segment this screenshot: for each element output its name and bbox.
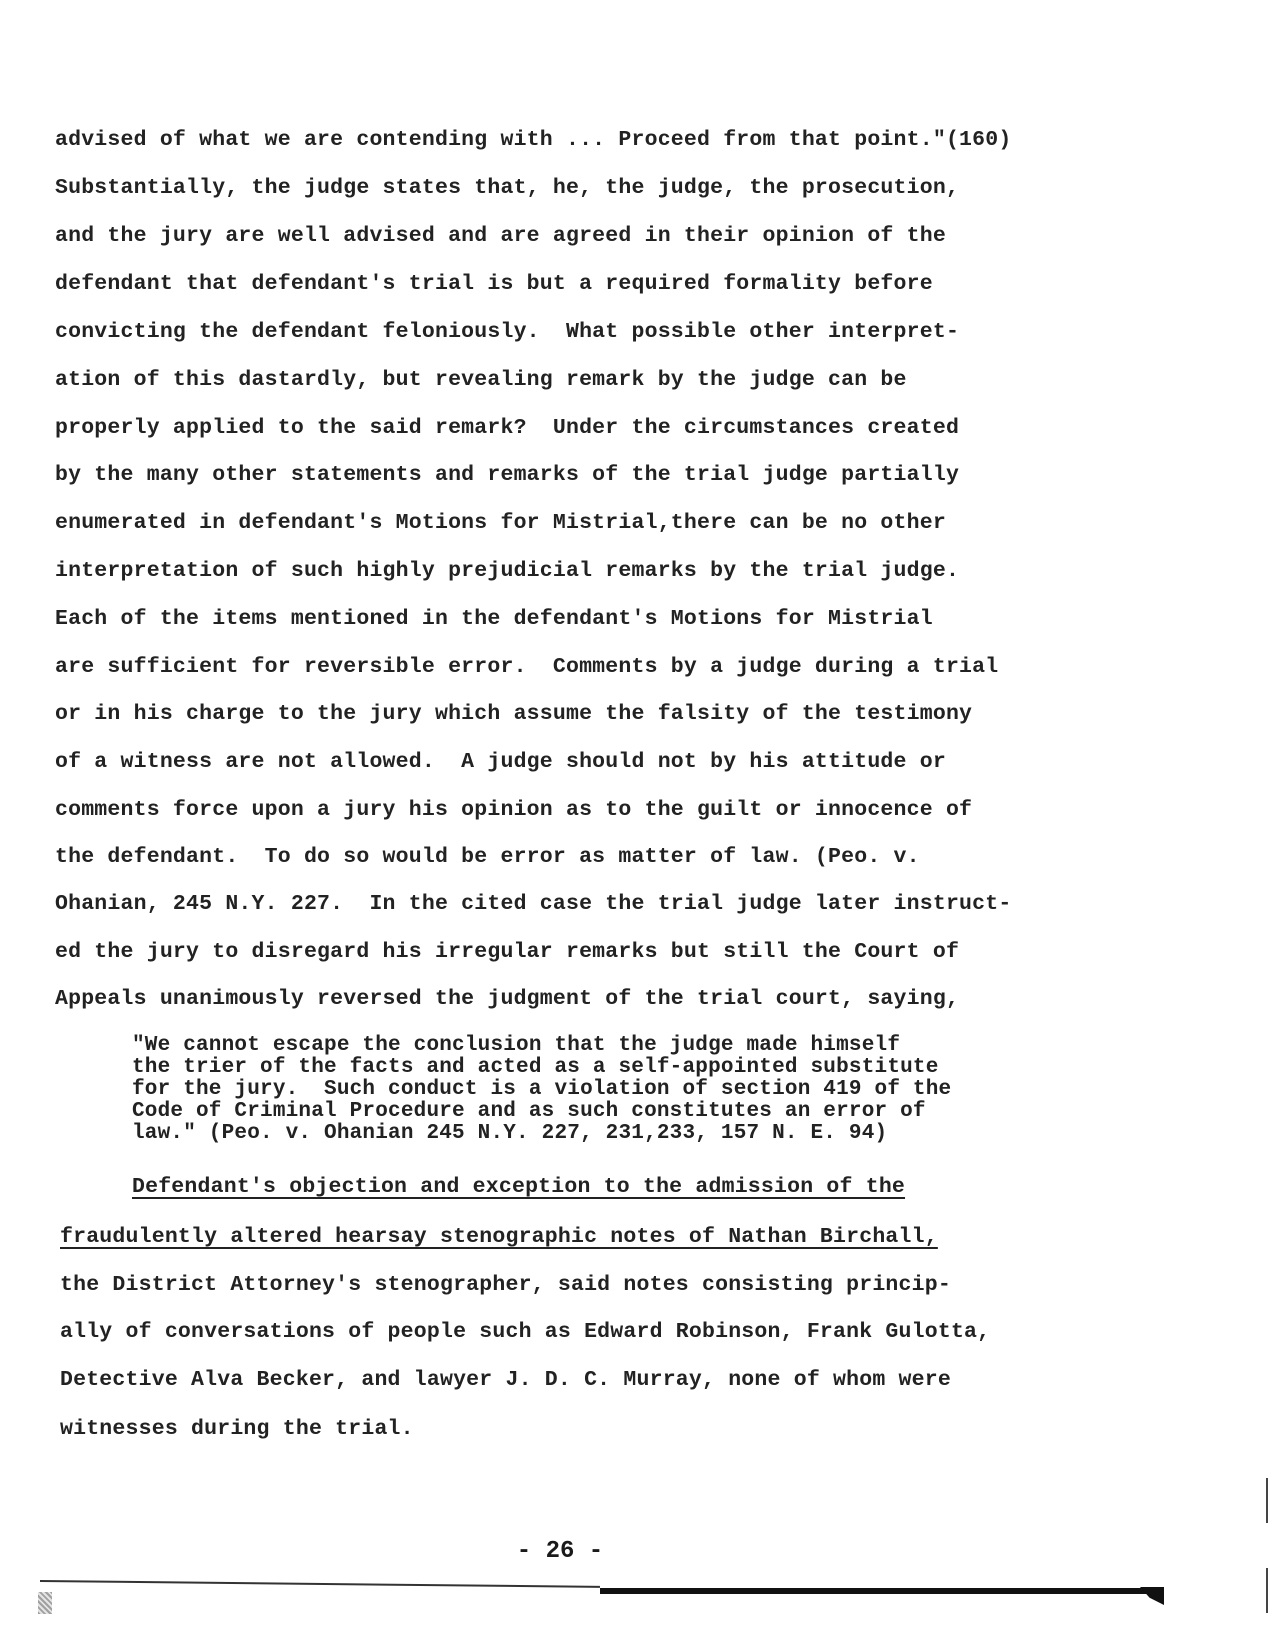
quote-line: for the jury. Such conduct is a violatio…: [132, 1078, 951, 1101]
heading-line: Defendant's objection and exception to t…: [132, 1175, 905, 1199]
quote-line: "We cannot escape the conclusion that th…: [132, 1034, 900, 1057]
body-line: Appeals unanimously reversed the judgmen…: [55, 987, 959, 1011]
body-line: advised of what we are contending with .…: [55, 128, 1011, 152]
body-line: Substantially, the judge states that, he…: [55, 176, 959, 200]
body-line: interpretation of such highly prejudicia…: [55, 559, 959, 583]
scan-artifact: [38, 1592, 52, 1614]
body-line: defendant that defendant's trial is but …: [55, 272, 933, 296]
body-line: ally of conversations of people such as …: [60, 1320, 990, 1344]
body-line: the District Attorney's stenographer, sa…: [60, 1273, 951, 1297]
heading-line: fraudulently altered hearsay stenographi…: [60, 1225, 938, 1249]
body-line: properly applied to the said remark? Und…: [55, 416, 959, 440]
margin-mark: [1266, 1478, 1268, 1523]
body-line: Detective Alva Becker, and lawyer J. D. …: [60, 1368, 951, 1392]
body-line: witnesses during the trial.: [60, 1417, 414, 1441]
page-number: - 26 -: [0, 1538, 1120, 1565]
quote-line: the trier of the facts and acted as a se…: [132, 1056, 939, 1079]
body-line: enumerated in defendant's Motions for Mi…: [55, 511, 946, 535]
body-line: ation of this dastardly, but revealing r…: [55, 368, 907, 392]
body-line: by the many other statements and remarks…: [55, 463, 959, 487]
body-line: of a witness are not allowed. A judge sh…: [55, 750, 946, 774]
body-line: are sufficient for reversible error. Com…: [55, 655, 998, 679]
body-line: convicting the defendant feloniously. Wh…: [55, 320, 959, 344]
body-line: Ohanian, 245 N.Y. 227. In the cited case…: [55, 892, 1011, 916]
scan-edge-end: [1140, 1587, 1164, 1605]
body-line: ed the jury to disregard his irregular r…: [55, 940, 959, 964]
quote-line: Code of Criminal Procedure and as such c…: [132, 1100, 926, 1123]
body-line: Each of the items mentioned in the defen…: [55, 607, 933, 631]
margin-mark: [1266, 1568, 1268, 1613]
body-line: the defendant. To do so would be error a…: [55, 845, 920, 869]
body-line: comments force upon a jury his opinion a…: [55, 798, 972, 822]
scan-edge-line: [40, 1580, 600, 1588]
scan-edge-bar: [600, 1588, 1163, 1594]
document-page: advised of what we are contending with .…: [0, 0, 1275, 1650]
quote-line: law." (Peo. v. Ohanian 245 N.Y. 227, 231…: [132, 1122, 887, 1145]
body-line: or in his charge to the jury which assum…: [55, 702, 972, 726]
body-line: and the jury are well advised and are ag…: [55, 224, 946, 248]
